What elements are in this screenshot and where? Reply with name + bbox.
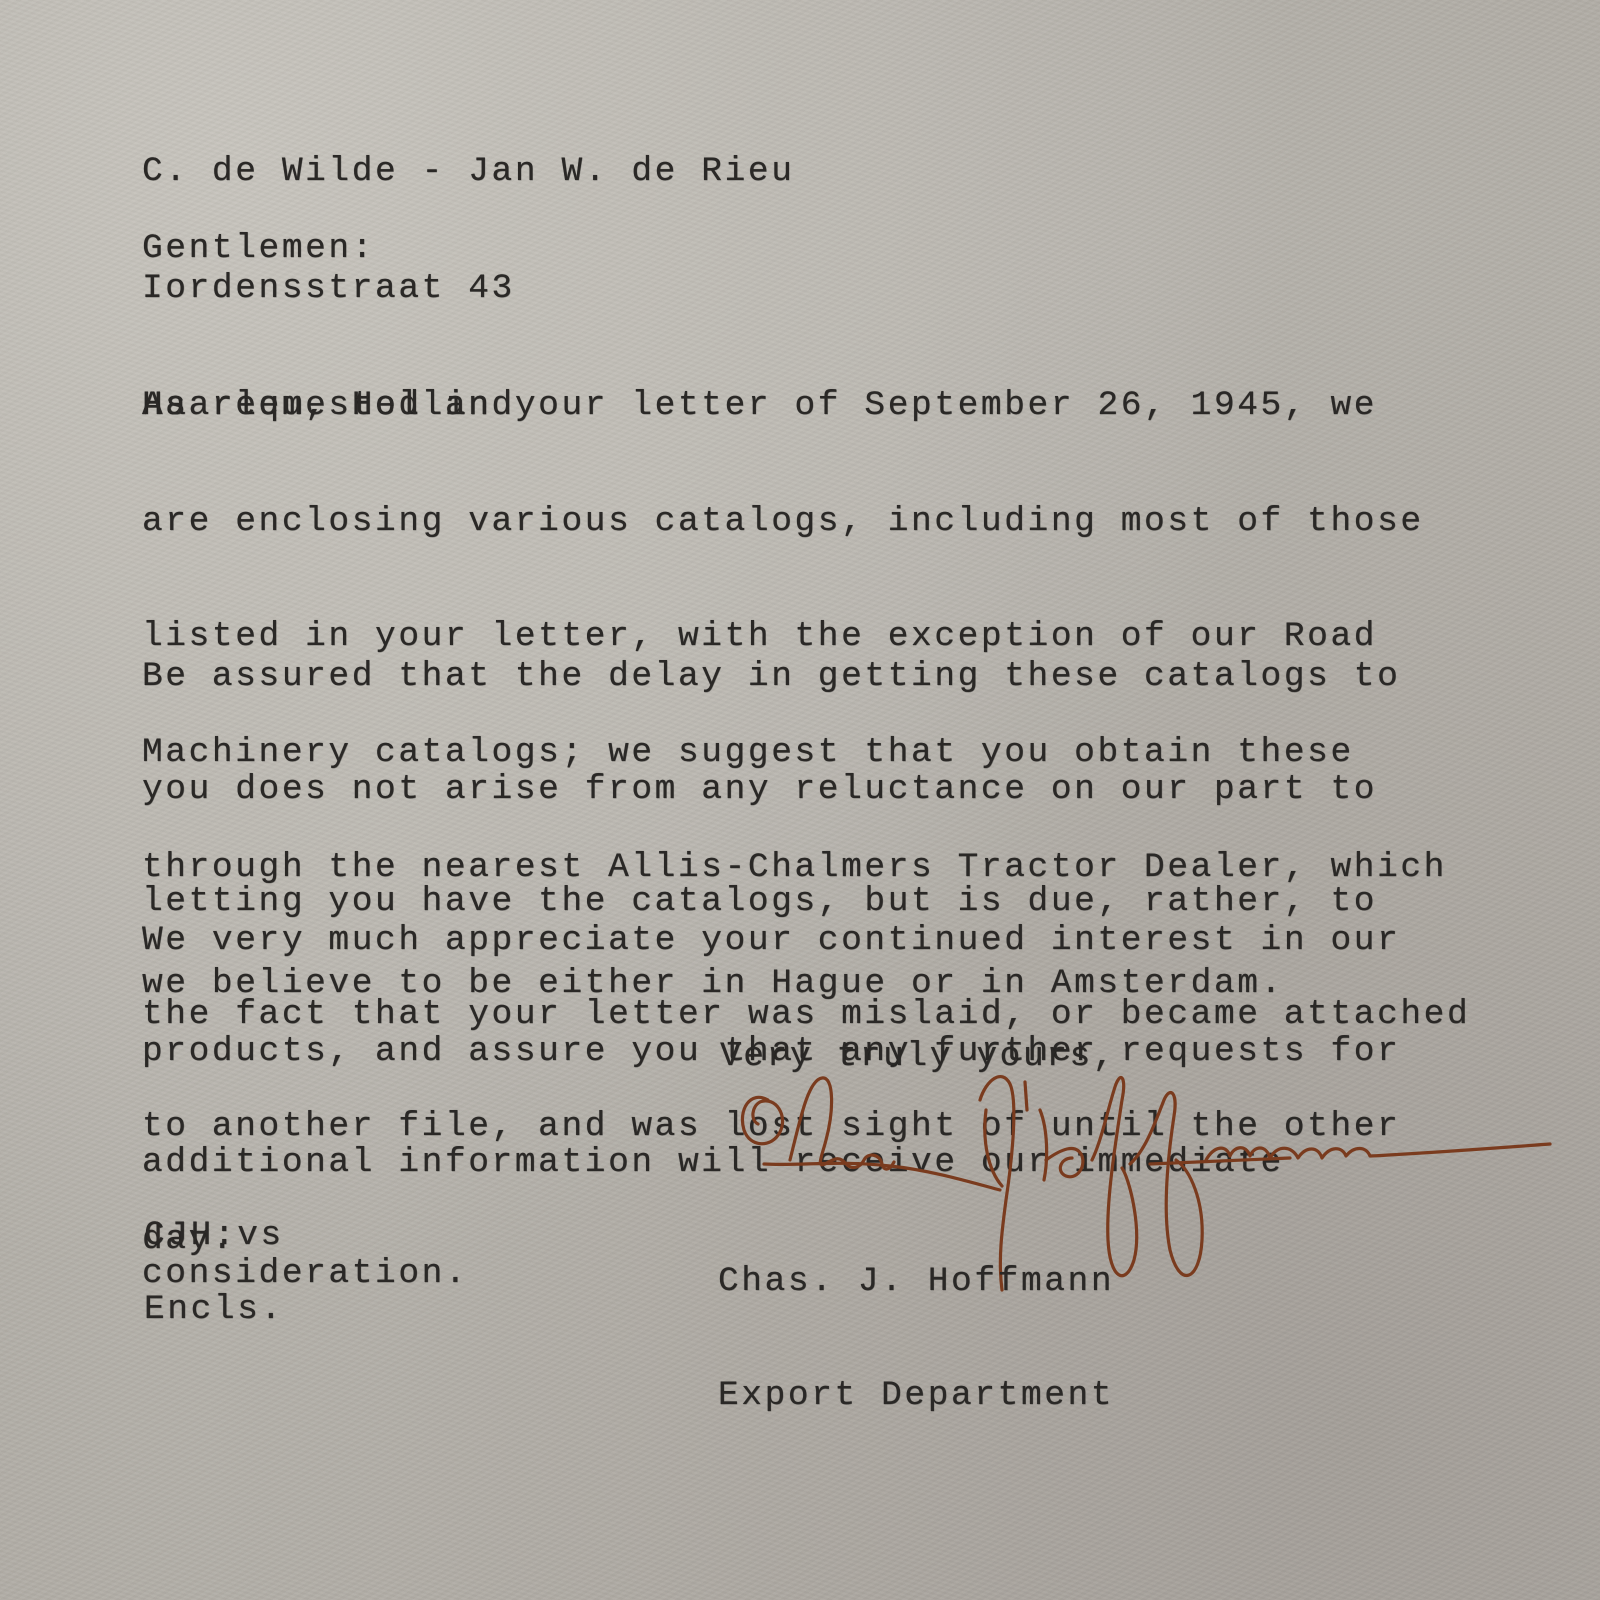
paragraph-line: As requested in your letter of September… [142, 387, 1447, 426]
paragraph-line: are enclosing various catalogs, includin… [142, 503, 1447, 542]
paragraph-line: Be assured that the delay in getting the… [142, 658, 1470, 696]
enclosure-note: Encls. [144, 1290, 284, 1329]
signer-department: Export Department [718, 1377, 1114, 1415]
paragraph-line: We very much appreciate your continued i… [142, 922, 1400, 959]
paragraph-line: additional information will receive our … [142, 1144, 1400, 1181]
address-line: C. de Wilde - Jan W. de Rieu [142, 152, 795, 191]
signer-name: Chas. J. Hoffmann [718, 1263, 1114, 1301]
salutation: Gentlemen: [142, 229, 375, 268]
signature-block: Chas. J. Hoffmann Export Department [718, 1187, 1114, 1453]
paragraph-line: you does not arise from any reluctance o… [142, 771, 1470, 809]
address-line: Iordensstraat 43 [142, 269, 795, 308]
complimentary-close: Very truly yours, [720, 1037, 1116, 1076]
reference-initials: CJH:vs [144, 1216, 284, 1255]
